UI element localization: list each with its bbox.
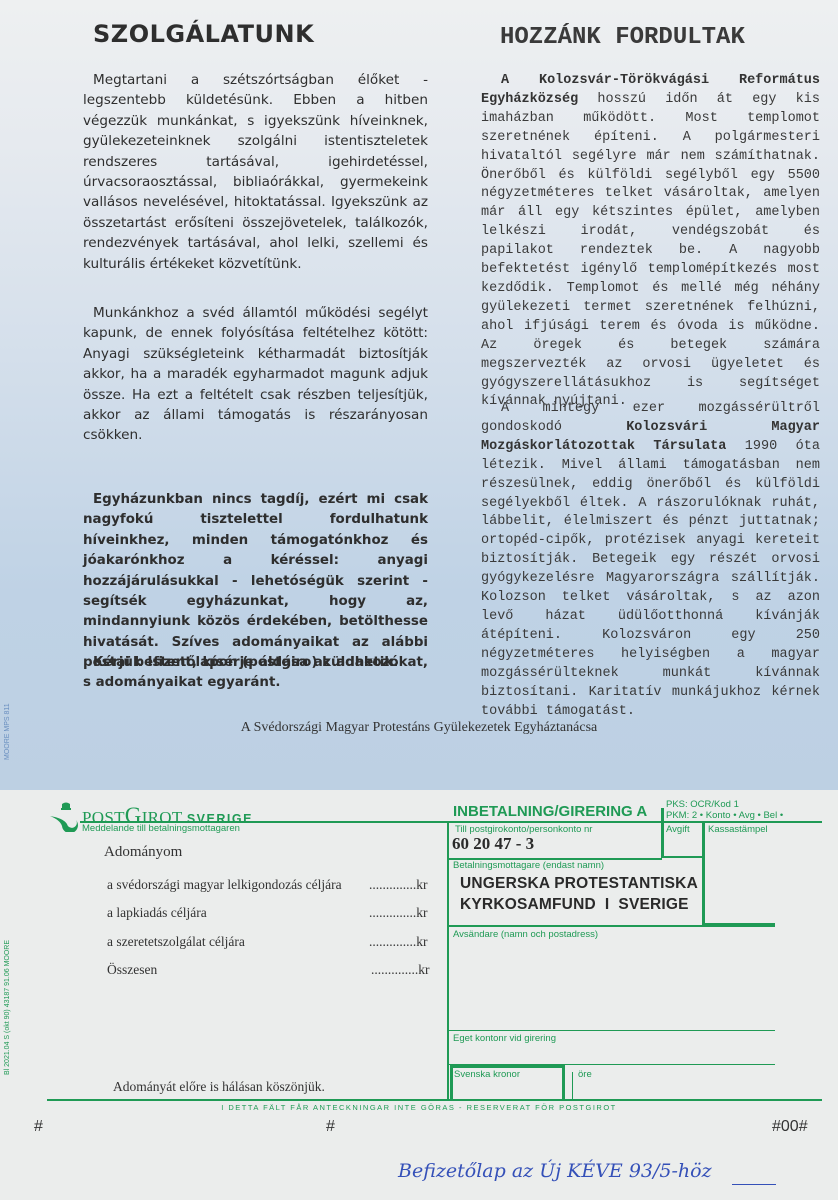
- donation-row-publishing: a lapkiadás céljára..............kr: [107, 905, 437, 921]
- ore-divider: [572, 1072, 573, 1100]
- handwritten-underline: [732, 1184, 776, 1185]
- kronor-label: Svenska kronor: [454, 1069, 520, 1080]
- right-column-title: HOZZÁNK FORDULTAK: [500, 24, 745, 51]
- ore-label: öre: [578, 1069, 592, 1080]
- handwritten-note: Befizetőlap az Új KÉVE 93/5-höz: [398, 1160, 712, 1182]
- left-paragraph-1: Megtartani a szétszórtságban élőket - le…: [83, 70, 428, 274]
- kassastampel-left-line: [702, 821, 705, 926]
- form-header: INBETALNING/GIRERING A: [453, 803, 647, 820]
- recipient-label: Betalningsmottagare (endast namn): [453, 860, 604, 871]
- left-bold-paragraph-2: Kérjük Istent, kísérje áldása az adakozó…: [83, 653, 428, 694]
- left-bold-paragraph-1: Egyházunkban nincs tagdíj, ezért mi csak…: [83, 490, 428, 674]
- left-column-title: SZOLGÁLATUNK: [93, 20, 314, 48]
- ocr-code-left: #: [34, 1118, 43, 1136]
- signature: A Svédországi Magyar Protestáns Gyülekez…: [0, 720, 838, 736]
- reserved-field-note: I DETTA FÄLT FÅR ANTECKNINGAR INTE GÖRAS…: [0, 1103, 838, 1112]
- side-print-top: MOORE MPS 811: [4, 703, 11, 760]
- recipient-bottom-line: [447, 925, 702, 927]
- form-bottom-line: [47, 1099, 822, 1101]
- donation-row-charity: a szeretetszolgálat céljára.............…: [107, 934, 437, 950]
- pks-label: PKS: OCR/Kod 1: [666, 799, 739, 810]
- amount-field[interactable]: ..............kr: [369, 905, 428, 921]
- kronor-left-line: [450, 1065, 453, 1100]
- form-top-line: [80, 821, 822, 823]
- sender-label: Avsändare (namn och postadress): [453, 929, 598, 940]
- ocr-code-right: #00#: [772, 1118, 808, 1136]
- avgift-left-line: [661, 808, 664, 858]
- sender-field[interactable]: [452, 942, 772, 1028]
- thanks-note: Adományát előre is hálásan köszönjük.: [113, 1079, 325, 1095]
- pkm-label: PKM: 2 • Konto • Avg • Bel •: [666, 810, 783, 821]
- donation-row-total: Összesen..............kr: [107, 962, 437, 978]
- recipient-name: UNGERSKA PROTESTANTISKA KYRKOSAMFUND I S…: [460, 873, 698, 915]
- donation-title: Adományom: [104, 844, 182, 861]
- ocr-code-middle: #: [326, 1118, 335, 1136]
- avgift-label: Avgift: [666, 824, 690, 835]
- kassastampel-bottom-line: [702, 923, 775, 927]
- total-amount-field[interactable]: ..............kr: [371, 962, 430, 978]
- account-number: 60 20 47 - 3: [452, 834, 534, 854]
- kronor-field[interactable]: [454, 1080, 564, 1098]
- donation-row-pastoral: a svédországi magyar lelkigondozás céljá…: [107, 877, 437, 893]
- own-account-label: Eget kontonr vid girering: [453, 1033, 556, 1044]
- message-to-recipient-label: Meddelande till betalningsmottagaren: [82, 823, 240, 834]
- amount-field[interactable]: ..............kr: [369, 877, 428, 893]
- left-paragraph-2: Munkánkhoz a svéd államtól működési segé…: [83, 303, 428, 446]
- sender-bottom-line: [447, 1030, 775, 1031]
- side-print-bottom: Bl 2021.04 S (okt 90) 43187 91.06 MOORE: [4, 940, 11, 1075]
- amount-field[interactable]: ..............kr: [369, 934, 428, 950]
- right-paragraph-2: A mintegy ezer mozgássérültről gondoskod…: [481, 400, 820, 721]
- form-divider-vertical: [447, 821, 449, 1101]
- posthorn-logo-icon: [50, 802, 82, 832]
- kassastampel-label: Kassastämpel: [708, 824, 768, 835]
- kronor-top-line: [450, 1065, 565, 1068]
- right-paragraph-1: A Kolozsvár-Törökvágási Református Egyhá…: [481, 72, 820, 412]
- avgift-bottom-line: [661, 856, 704, 858]
- own-account-field[interactable]: [452, 1045, 772, 1063]
